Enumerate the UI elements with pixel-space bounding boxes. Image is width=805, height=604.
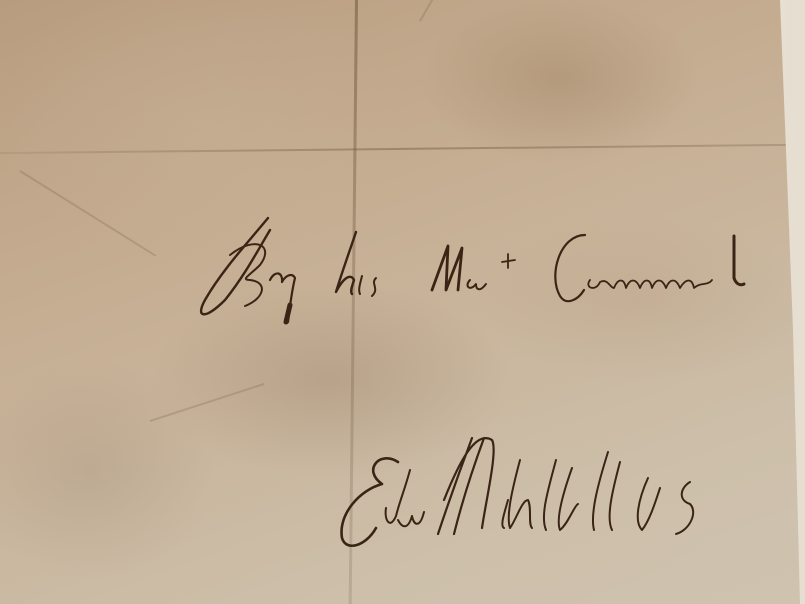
- signature-edw-nicholas: [342, 438, 694, 546]
- word-command: [555, 235, 744, 301]
- word-his: [336, 232, 376, 296]
- word-by: [201, 218, 295, 322]
- handwriting: [0, 0, 805, 604]
- word-matie: [432, 246, 515, 290]
- document-photo: By his Ma^tie Command Edw. Nicholas: [0, 0, 805, 604]
